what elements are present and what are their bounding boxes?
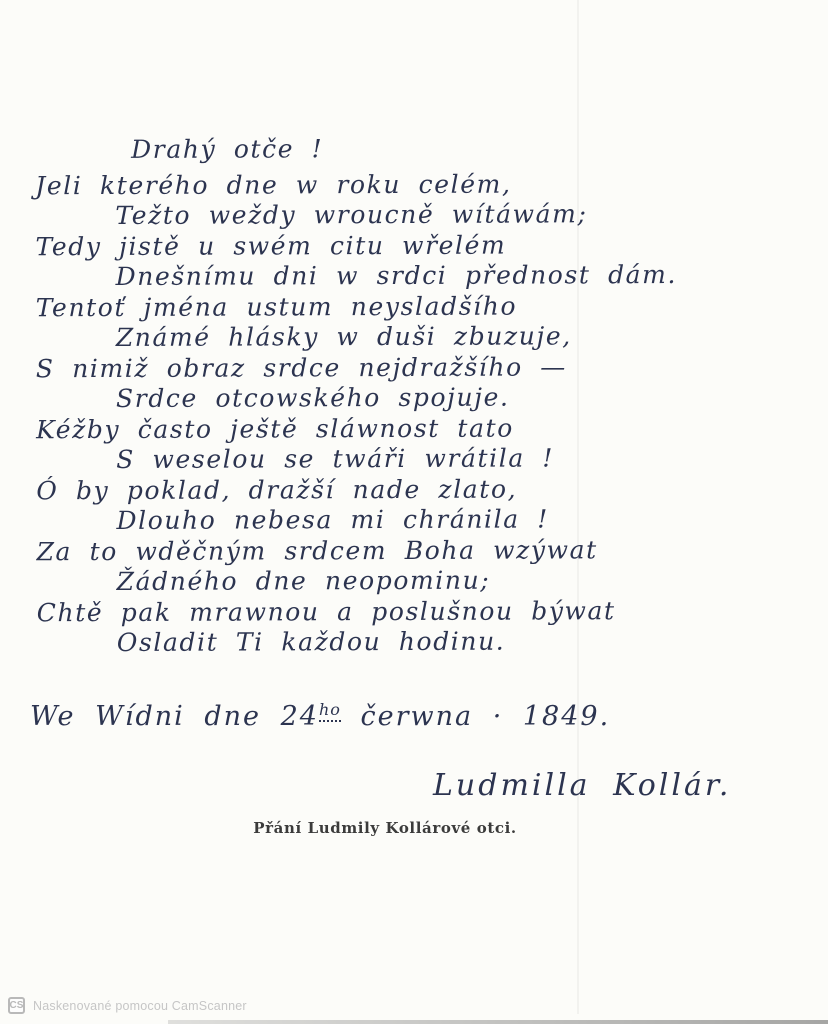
poem-line: Srdce otcowského spojuje. (116, 382, 750, 415)
poem-line: Tedy jistě u swém citu wřelém (35, 229, 749, 262)
poem-line: Tentoť jména ustum neysladšího (36, 290, 750, 323)
poem-line: Dnešnímu dni w srdci přednost dám. (116, 260, 750, 293)
poem-line: Težto weždy wroucně wítáwám; (115, 199, 749, 232)
date-line-ordinal-superscript: ho (319, 700, 341, 722)
camscanner-watermark-label: Naskenované pomocou CamScanner (33, 999, 247, 1013)
camscanner-watermark: CS Naskenované pomocou CamScanner (8, 997, 247, 1014)
poem-line: Dlouho nebesa mi chránila ! (116, 504, 750, 537)
scan-edge-shadow (168, 1020, 828, 1024)
poem-line: Ó by poklad, dražší nade zlato, (36, 473, 750, 506)
poem-line: Žádného dne neopominu; (117, 565, 751, 598)
poem-line: Za to wděčným srdcem Boha wzýwat (36, 534, 750, 567)
poem-line: S nimiž obraz srdce nejdražšího — (36, 351, 750, 384)
date-line: We Wídni dne 24ho čerwna · 1849. (30, 700, 610, 732)
poem-line: Osladit Ti každou hodinu. (117, 626, 751, 659)
handwritten-poem: Drahý otče ! Jeli kterého dne w roku cel… (29, 133, 751, 659)
printed-caption: Přání Ludmily Kollárové otci. (150, 819, 620, 837)
poem-line: Kéžby často ještě sláwnost tato (36, 412, 750, 445)
poem-line: S weselou se twáři wrátila ! (116, 443, 750, 476)
poem-line: Známé hlásky w duši zbuzuje, (116, 321, 750, 354)
date-line-prefix: We Wídni dne 24 (30, 701, 319, 732)
poem-line: Chtě pak mrawnou a poslušnou býwat (37, 595, 751, 628)
signature: Ludmilla Kollár. (433, 768, 731, 803)
scanned-document-page: Drahý otče ! Jeli kterého dne w roku cel… (0, 0, 828, 1024)
date-line-suffix: čerwna · 1849. (341, 701, 610, 732)
poem-line: Jeli kterého dne w roku celém, (35, 168, 749, 201)
poem-heading: Drahý otče ! (131, 133, 749, 166)
camscanner-cs-icon: CS (8, 997, 25, 1014)
